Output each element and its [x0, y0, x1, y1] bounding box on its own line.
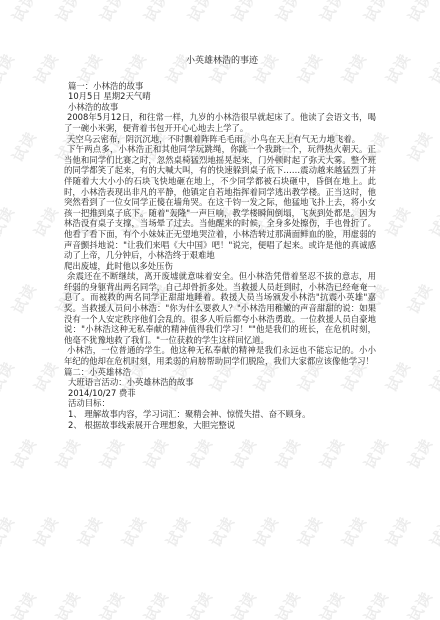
goal-item: 1、 理解故事内容，学习词汇：聚精会神、惊慌失措、奋不顾身。 [64, 409, 376, 420]
watermark-text: 试读 [95, 434, 129, 472]
section2-heading: 篇二：小英雄林浩 [64, 367, 376, 378]
watermark-text: 试读 [381, 357, 415, 395]
watermark-text: 试读 [29, 512, 63, 550]
watermark-text: 试读 [7, 279, 41, 317]
watermark-text: 试读 [161, 512, 195, 550]
watermark-text: 试读 [95, 0, 129, 26]
watermark-text: 试读 [29, 49, 63, 87]
watermark-text: 试读 [51, 0, 85, 26]
watermark-text: 试读 [139, 434, 173, 472]
watermark-text: 试读 [425, 49, 440, 87]
goal-item: 2、 根据故事线索展开合理想象，大胆完整说 [64, 420, 376, 431]
watermark-text: 试读 [403, 434, 437, 472]
watermark-text: 试读 [117, 512, 151, 550]
date-author: 2014/10/27 费菲 [64, 388, 376, 399]
watermark-text: 试读 [403, 127, 437, 165]
watermark-text: 试读 [271, 587, 305, 620]
watermark-text: 试读 [7, 587, 41, 620]
watermark-text: 试读 [403, 279, 437, 317]
watermark-text: 试读 [315, 587, 349, 620]
paragraph: 爬出废墟，此时他以多处压伤 [64, 261, 376, 272]
activity-title: 大班语言活动：小英雄林浩的故事 [64, 377, 376, 388]
watermark-text: 试读 [139, 587, 173, 620]
document-page: 小英雄林浩的事迹 篇一：小林浩的故事 10月5日 星期2天气晴 小林浩的故事 2… [64, 56, 376, 430]
watermark-text: 试读 [0, 49, 19, 87]
watermark-text: 试读 [271, 434, 305, 472]
watermark-text: 试读 [183, 434, 217, 472]
watermark-text: 试读 [227, 587, 261, 620]
watermark-text: 试读 [249, 512, 283, 550]
watermark-text: 试读 [0, 202, 19, 240]
paragraph: 2008年5月12日，和往常一样，九岁的小林浩很早就起床了。他读了会语文书，喝了… [64, 112, 376, 133]
document-title: 小英雄林浩的事迹 [64, 56, 376, 67]
watermark-text: 试读 [73, 512, 107, 550]
watermark-text: 试读 [139, 0, 173, 26]
watermark-text: 试读 [425, 202, 440, 240]
watermark-text: 试读 [29, 202, 63, 240]
section1-subheading: 小林浩的故事 [64, 102, 376, 113]
watermark-text: 试读 [359, 434, 393, 472]
paragraph: 下午两点多，小林浩正和其他同学玩跳绳，你跳一个我跳一个，玩得热火朝天。正当他和同… [64, 144, 376, 261]
watermark-text: 试读 [381, 512, 415, 550]
watermark-text: 试读 [95, 587, 129, 620]
watermark-text: 试读 [7, 127, 41, 165]
section1-heading: 篇一：小林浩的故事 [64, 81, 376, 92]
watermark-text: 试读 [315, 434, 349, 472]
watermark-text: 试读 [381, 49, 415, 87]
paragraph: 小林浩，一位普通的学生。他这种无私奉献的精神是我们永远也不能忘记的。小小年纪的他… [64, 345, 376, 366]
paragraph: 天空乌云密布，阴沉沉地，不时飘着阵阵毛毛雨。小鸟在天上有气无力地飞着。 [64, 134, 376, 145]
paragraph: 余震还在不断继续，离开废墟就意味着安全。但小林浩凭借着坚忍不拔的意志，用纤弱的身… [64, 271, 376, 345]
watermark-text: 试读 [425, 512, 440, 550]
watermark-text: 试读 [359, 0, 393, 26]
watermark-text: 试读 [337, 512, 371, 550]
watermark-text: 试读 [403, 587, 437, 620]
section1-date-line: 10月5日 星期2天气晴 [64, 91, 376, 102]
watermark-text: 试读 [0, 357, 19, 395]
watermark-text: 试读 [7, 434, 41, 472]
watermark-text: 试读 [227, 434, 261, 472]
goals-label: 活动目标： [64, 398, 376, 409]
watermark-text: 试读 [293, 512, 327, 550]
watermark-text: 试读 [51, 587, 85, 620]
watermark-text: 试读 [227, 0, 261, 26]
watermark-text: 试读 [381, 202, 415, 240]
watermark-text: 试读 [403, 0, 437, 26]
watermark-text: 试读 [183, 0, 217, 26]
watermark-text: 试读 [205, 512, 239, 550]
watermark-text: 试读 [315, 0, 349, 26]
watermark-text: 试读 [359, 587, 393, 620]
watermark-text: 试读 [0, 512, 19, 550]
watermark-text: 试读 [425, 357, 440, 395]
watermark-text: 试读 [29, 357, 63, 395]
watermark-text: 试读 [51, 434, 85, 472]
watermark-text: 试读 [271, 0, 305, 26]
watermark-text: 试读 [183, 587, 217, 620]
watermark-text: 试读 [7, 0, 41, 26]
